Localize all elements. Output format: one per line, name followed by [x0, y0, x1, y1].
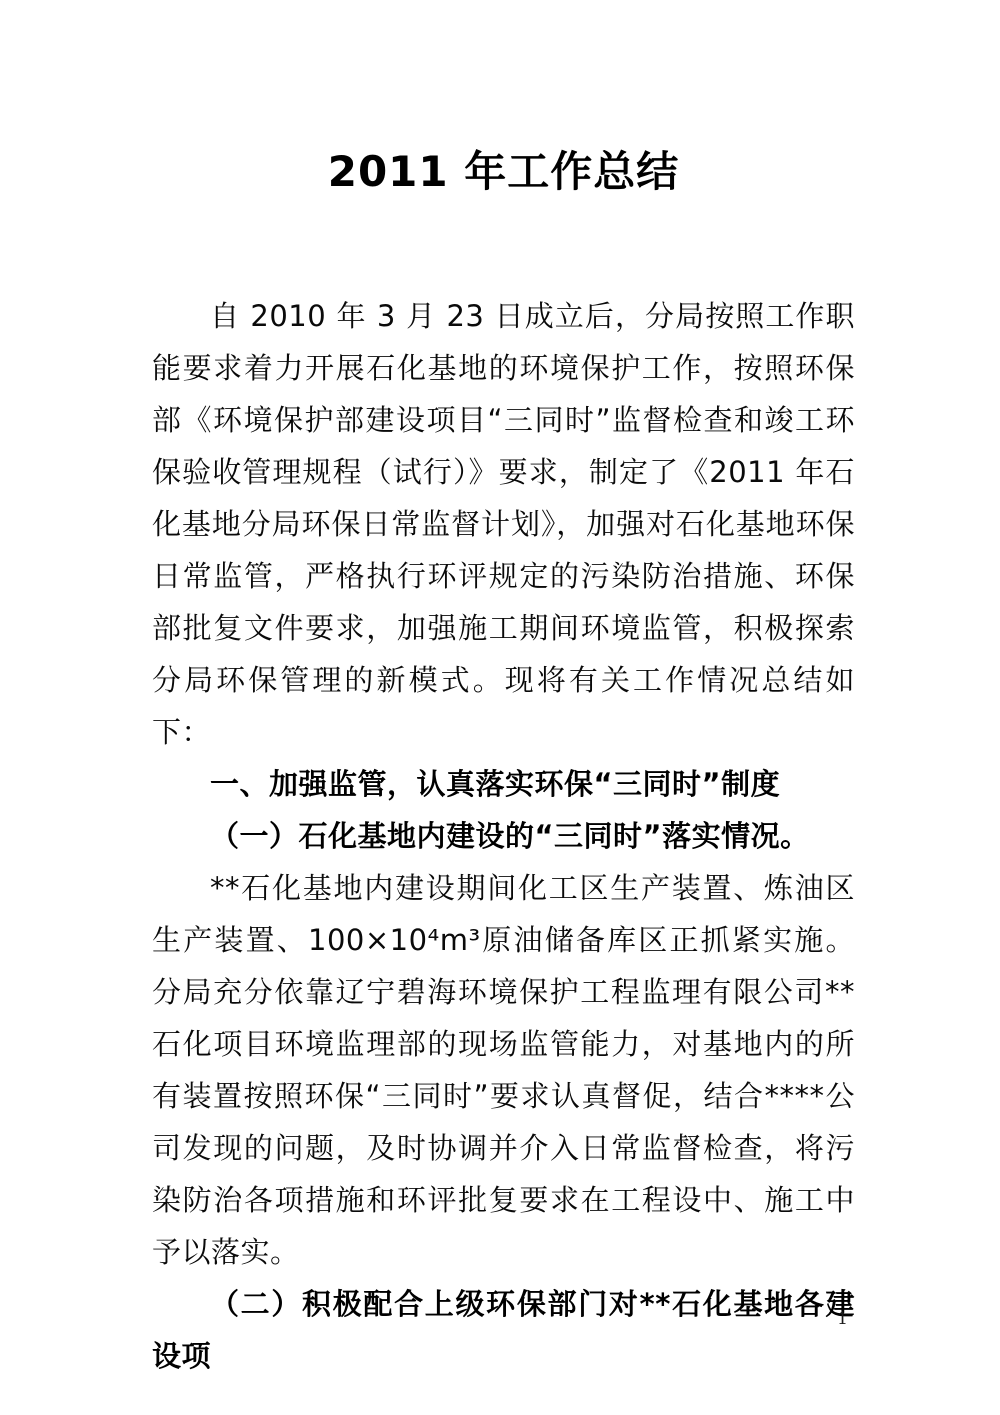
- page-number: 1: [837, 1308, 848, 1330]
- document-page: 2011 年工作总结 自 2010 年 3 月 23 日成立后，分局按照工作职能…: [0, 0, 1000, 1415]
- document-content: 2011 年工作总结 自 2010 年 3 月 23 日成立后，分局按照工作职能…: [152, 148, 855, 1382]
- document-title: 2011 年工作总结: [152, 148, 855, 196]
- paragraph-base-construction: **石化基地内建设期间化工区生产装置、炼油区生产装置、100×10⁴m³原油储备…: [152, 862, 855, 1278]
- heading-subsection-two: （二）积极配合上级环保部门对**石化基地各建设项: [152, 1278, 855, 1382]
- heading-section-one: 一、加强监管，认真落实环保“三同时”制度: [152, 758, 855, 810]
- heading-subsection-one: （一）石化基地内建设的“三同时”落实情况。: [152, 810, 855, 862]
- paragraph-intro: 自 2010 年 3 月 23 日成立后，分局按照工作职能要求着力开展石化基地的…: [152, 290, 855, 758]
